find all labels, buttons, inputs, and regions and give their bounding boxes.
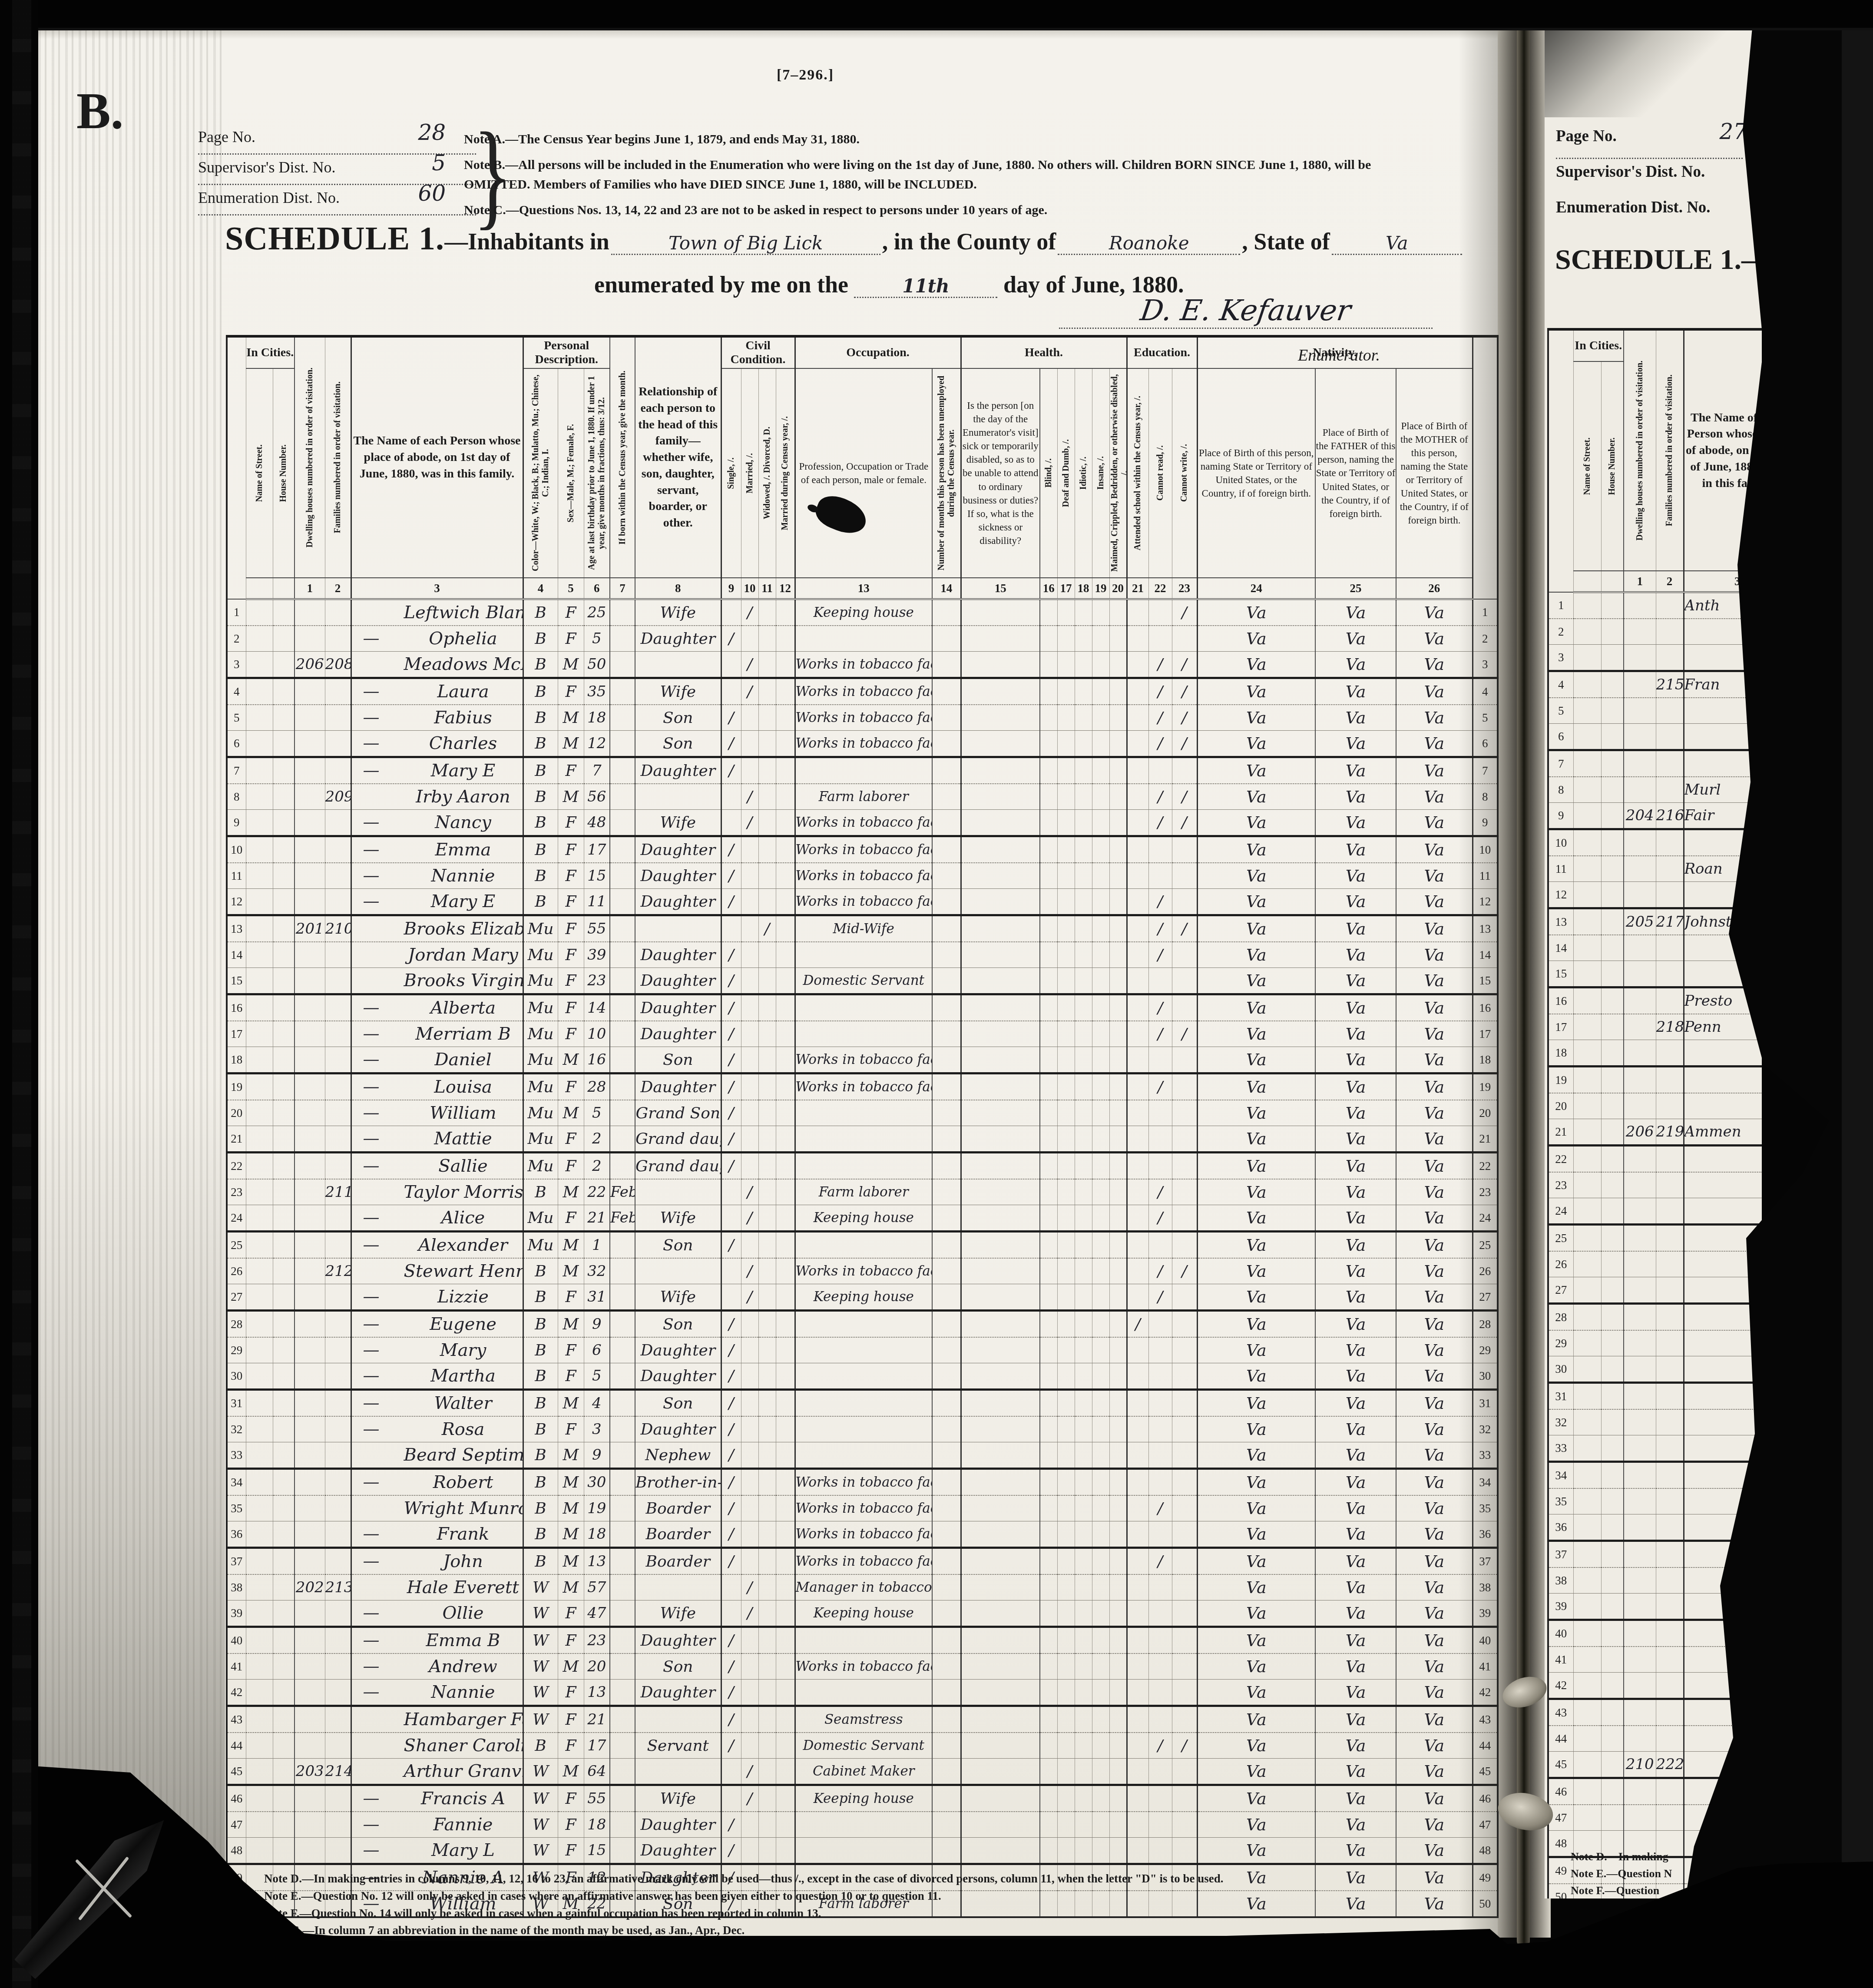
note-e: Note E.—Question No. 12 will only be ask… [264, 1889, 1376, 1904]
enum-day-value: 11th [854, 275, 997, 298]
cell-health-mark-20 [1109, 1205, 1127, 1232]
cell-street [1573, 1647, 1601, 1673]
cell-street [246, 1179, 273, 1205]
cell-married-cy-mark [776, 652, 795, 678]
ditto-dash: — [363, 1314, 380, 1333]
cell-line-number: 22 [1548, 1146, 1573, 1173]
cell-widowed-mark [758, 1733, 776, 1759]
cell-widowed-mark [758, 757, 776, 784]
cell-married-mark [741, 1416, 758, 1442]
page-no-label: Page No. [198, 128, 255, 146]
cell-family-number [1656, 1304, 1684, 1331]
page-no-row: Page No. 27 [1556, 127, 1743, 162]
state-value: Va [1332, 232, 1462, 255]
cell-school-mark [1127, 942, 1148, 968]
cell-family-number [1656, 1673, 1684, 1699]
cell-father-birthplace: Va [1315, 678, 1396, 705]
cell-cannot-write-mark [1172, 757, 1197, 784]
cell-health-mark-18 [1075, 1600, 1092, 1627]
table-row: 16Presto [1548, 987, 1762, 1014]
cell-family-number [1656, 750, 1684, 777]
cell-occupation: Works in tobacco factory [795, 1047, 932, 1074]
cell-health-mark-17 [1057, 757, 1075, 784]
cell-occupation: Works in tobacco factory [795, 652, 932, 678]
person-name: Jordan Mary [356, 945, 518, 965]
cell-married-cy-mark [776, 863, 795, 889]
cell-single-mark: / [721, 1416, 741, 1442]
cell-married-mark [741, 1680, 758, 1706]
cell-school-mark [1127, 1759, 1148, 1785]
cell-school-mark [1127, 1205, 1148, 1232]
cell-color: B [523, 1495, 558, 1521]
cell-health-mark-20 [1109, 1311, 1127, 1338]
cell-single-mark: / [721, 731, 741, 757]
cell-dwelling-number [295, 1311, 325, 1338]
cell-family-number [1656, 829, 1684, 856]
cell-married-mark [741, 1812, 758, 1838]
cell-house [273, 1284, 295, 1311]
cell-health-mark-16 [1040, 1100, 1057, 1126]
cell-dwelling-number [1624, 1435, 1656, 1462]
cell-family-number [1656, 1330, 1684, 1356]
cell-line-number: 37 [1548, 1541, 1573, 1568]
colnum: 6 [584, 578, 610, 599]
table-row: 29 [1548, 1330, 1762, 1356]
cell-relationship: Son [635, 1047, 721, 1074]
cell-sickness [961, 1363, 1040, 1390]
cell-street [246, 863, 273, 889]
cell-father-birthplace: Va [1315, 1548, 1396, 1575]
cell-father-birthplace: Va [1315, 915, 1396, 942]
col11-label: Widowed, /. Divorced, D. [762, 427, 772, 519]
table-row: 4—LauraBF35Wife/Works in tobacco factory… [227, 678, 1498, 705]
col18-label: Idiotic, /. [1079, 457, 1089, 490]
cell-street [246, 626, 273, 652]
cell-street [1573, 777, 1601, 803]
cell-dwelling-number [1624, 1699, 1656, 1726]
cell-health-mark-19 [1092, 1733, 1109, 1759]
cell-line-number: 45 [227, 1759, 246, 1785]
cell-health-mark-19 [1092, 1600, 1109, 1627]
cell-occupation: Works in tobacco factory [795, 889, 932, 915]
cell-cannot-read-mark: / [1148, 915, 1172, 942]
cell-months-unemployed [932, 1100, 961, 1126]
cell-occupation: Works in tobacco factory [795, 705, 932, 731]
cell-married-mark [741, 1232, 758, 1259]
cell-health-mark-16 [1040, 1021, 1057, 1047]
cell-dwelling-number [1624, 1567, 1656, 1594]
cell-married-cy-mark [776, 889, 795, 915]
person-name: Stewart Henry [352, 1261, 523, 1281]
col15-header: Is the person [on the day of the Enumera… [961, 368, 1040, 578]
cell-health-mark-18 [1075, 599, 1092, 626]
ditto-dash: — [363, 1551, 380, 1571]
table-row: 13201210Brooks ElizabethMuF55/Mid-Wife//… [227, 915, 1498, 942]
cell-person-name: —Eugene [351, 1311, 523, 1338]
table-row: 27 [1548, 1277, 1762, 1304]
cell-birthplace: Va [1197, 1258, 1315, 1284]
cell-widowed-mark [758, 889, 776, 915]
cell-single-mark [721, 1179, 741, 1205]
cell-cannot-read-mark [1148, 1390, 1172, 1417]
table-row: 29—MaryBF6Daughter/VaVaVa29 [227, 1337, 1498, 1363]
cell-occupation [795, 1416, 932, 1442]
cell-dwelling-number [1624, 1541, 1656, 1568]
table-row: 15 [1548, 961, 1762, 987]
cell-health-mark-20 [1109, 1047, 1127, 1074]
ditto-dash: — [363, 1050, 380, 1069]
table-row: 43Hambarger FannieWF21/SeamstressVaVaVa4… [227, 1706, 1498, 1733]
cell-months-unemployed [932, 915, 961, 942]
cell-birth-month [610, 705, 635, 731]
cell-health-mark-17 [1057, 1311, 1075, 1338]
cell-family-number [325, 1232, 351, 1259]
table-row: 39—OllieWF47Wife/Keeping houseVaVaVa39 [227, 1600, 1498, 1627]
cell-family-number [325, 705, 351, 731]
cell-health-mark-17 [1057, 1812, 1075, 1838]
cell-dwelling-number [295, 705, 325, 731]
film-left-band [0, 0, 38, 1988]
cell-line-number: 32 [227, 1416, 246, 1442]
cell-house [273, 1074, 295, 1100]
cell-family-number [325, 1126, 351, 1153]
cell-health-mark-18 [1075, 1680, 1092, 1706]
cell-dwelling-number [1624, 777, 1656, 803]
colnum: 1 [1624, 571, 1656, 592]
ditto-dash: — [363, 761, 380, 780]
cell-line-number: 23 [1548, 1172, 1573, 1198]
table-row: 14Jordan MaryMuF39Daughter//VaVaVa14 [227, 942, 1498, 968]
cell-birth-month [610, 1047, 635, 1074]
person-name: William [377, 1103, 496, 1123]
cell-person-name: —Daniel [351, 1047, 523, 1074]
cell-health-mark-18 [1075, 1047, 1092, 1074]
cell-age: 57 [584, 1574, 610, 1600]
cell-health-mark-17 [1057, 1759, 1075, 1785]
colnum: 21 [1127, 578, 1148, 599]
sup-dist-label: Supervisor's Dist. No. [1556, 163, 1705, 181]
sheet-letter: B. [76, 82, 123, 141]
cell-line-number: 36 [1548, 1514, 1573, 1541]
signature-text: D. E. Kefauver [1138, 294, 1353, 327]
cell-single-mark [721, 599, 741, 626]
cell-house [273, 1759, 295, 1785]
cell-married-cy-mark [776, 599, 795, 626]
cell-married-mark [741, 1100, 758, 1126]
cell-occupation [795, 1627, 932, 1654]
cell-family-number [325, 1680, 351, 1706]
cell-single-mark [721, 1258, 741, 1284]
cell-line-number: 28 [1548, 1304, 1573, 1331]
column-number-row: 1 2 3 4 5 6 7 8 9 10 11 12 13 14 15 16 1 [227, 578, 1498, 599]
cell-sex: M [558, 1759, 584, 1785]
cell-widowed-mark [758, 1812, 776, 1838]
cell-age: 30 [584, 1469, 610, 1496]
cell-dwelling-number [295, 1812, 325, 1838]
cell-birthplace: Va [1197, 1363, 1315, 1390]
col16-header: Blind, /. [1040, 368, 1057, 578]
cell-sex: F [558, 1812, 584, 1838]
cell-sickness [961, 784, 1040, 810]
cell-cannot-write-mark [1172, 1337, 1197, 1363]
cell-health-mark-16 [1040, 1759, 1057, 1785]
cell-age: 6 [584, 1337, 610, 1363]
cell-color: W [523, 1600, 558, 1627]
cell-sex: M [558, 1100, 584, 1126]
cell-health-mark-16 [1040, 1205, 1057, 1232]
ditto-dash: — [363, 812, 380, 832]
cell-age: 15 [584, 863, 610, 889]
cell-street [1573, 1067, 1601, 1093]
cell-widowed-mark [758, 863, 776, 889]
ditto-dash: — [363, 1129, 380, 1148]
cell-cannot-write-mark: / [1172, 678, 1197, 705]
cell-health-mark-20 [1109, 1100, 1127, 1126]
cell-married-mark: / [741, 1574, 758, 1600]
table-row: 25 [1548, 1225, 1762, 1252]
cell-sickness [961, 1179, 1040, 1205]
cell-married-cy-mark [776, 1153, 795, 1180]
cell-months-unemployed [932, 1074, 961, 1100]
cell-line-number: 44 [1548, 1726, 1573, 1752]
cell-dwelling-number [295, 626, 325, 652]
cell-line-number: 44 [227, 1733, 246, 1759]
cell-relationship [635, 1258, 721, 1284]
cell-months-unemployed [932, 705, 961, 731]
cell-married-mark: / [741, 599, 758, 626]
cell-father-birthplace: Va [1315, 942, 1396, 968]
dotted-rule [1556, 158, 1743, 159]
cell-sickness [961, 1521, 1040, 1548]
cell-sex: F [558, 915, 584, 942]
cell-family-number: 209 [325, 784, 351, 810]
cell-widowed-mark [758, 1074, 776, 1100]
cell-sickness [961, 863, 1040, 889]
cell-birth-month [610, 836, 635, 863]
cell-months-unemployed [932, 1153, 961, 1180]
cell-house [1601, 1251, 1624, 1277]
cell-father-birthplace: Va [1315, 1495, 1396, 1521]
cell-family-number [325, 1521, 351, 1548]
col1-header: Dwelling houses numbered in order of vis… [295, 336, 325, 578]
cell-health-mark-16 [1040, 1311, 1057, 1338]
cell-house [273, 1021, 295, 1047]
cell-relationship [635, 1179, 721, 1205]
cell-age: 5 [584, 626, 610, 652]
cell-health-mark-20 [1109, 1495, 1127, 1521]
cell-cannot-read-mark: / [1148, 652, 1172, 678]
cell-relationship: Wife [635, 1205, 721, 1232]
table-row: 3 [1548, 645, 1762, 671]
cell-widowed-mark [758, 1548, 776, 1575]
cell-street [1573, 1541, 1601, 1568]
person-name: Louisa [382, 1077, 492, 1097]
cell-family-number [1656, 1594, 1684, 1620]
cell-sickness [961, 836, 1040, 863]
cell-health-mark-16 [1040, 757, 1057, 784]
cell-line-number: 47 [227, 1812, 246, 1838]
cell-line-number: 24 [227, 1205, 246, 1232]
cell-family-number: 211 [325, 1179, 351, 1205]
cell-health-mark-16 [1040, 810, 1057, 836]
cell-line-number: 12 [1548, 882, 1573, 908]
cell-dwelling-number [1624, 1172, 1656, 1198]
cell-cannot-read-mark: / [1148, 705, 1172, 731]
cell-health-mark-20 [1109, 1021, 1127, 1047]
cell-street [1573, 1673, 1601, 1699]
cell-months-unemployed [932, 1442, 961, 1469]
table-row: 37—JohnBM13Boarder/Works in tobacco fact… [227, 1548, 1498, 1575]
cell-widowed-mark [758, 1337, 776, 1363]
cell-dwelling-number [295, 1442, 325, 1469]
cell-health-mark-16 [1040, 1785, 1057, 1812]
col21-header: Attended school within the Census year, … [1127, 368, 1148, 578]
cell-widowed-mark [758, 599, 776, 626]
cell-cannot-read-mark [1148, 1311, 1172, 1338]
cell-married-cy-mark [776, 1074, 795, 1100]
cell-cannot-write-mark: / [1172, 1021, 1197, 1047]
cell-house [273, 1179, 295, 1205]
cell-family-number: 208 [325, 652, 351, 678]
col12-header: Married during Census year, /. [776, 368, 795, 578]
cell-family-number [1656, 882, 1684, 908]
cell-cannot-read-mark [1148, 626, 1172, 652]
cell-person-name: —Emma [351, 836, 523, 863]
cell-single-mark: / [721, 626, 741, 652]
cell-school-mark [1127, 1390, 1148, 1417]
cell-family-number [1656, 645, 1684, 671]
cell-family-number [325, 1205, 351, 1232]
cell-health-mark-17 [1057, 1495, 1075, 1521]
cell-relationship [635, 1706, 721, 1733]
cell-age: 55 [584, 915, 610, 942]
cell-health-mark-20 [1109, 1074, 1127, 1100]
cell-street [1573, 1251, 1601, 1277]
cell-cannot-write-mark: / [1172, 810, 1197, 836]
cell-color: Mu [523, 942, 558, 968]
cell-cannot-write-mark [1172, 863, 1197, 889]
cell-color: B [523, 757, 558, 784]
dotted-rule [198, 214, 476, 215]
table-row: 24—AliceMuF21FebWife/Keeping house/VaVaV… [227, 1205, 1498, 1232]
cell-health-mark-19 [1092, 1205, 1109, 1232]
cell-sex: F [558, 1680, 584, 1706]
cell-father-birthplace: Va [1315, 1205, 1396, 1232]
cell-house [273, 705, 295, 731]
cell-house [273, 810, 295, 836]
cell-line-number: 11 [1548, 856, 1573, 882]
cell-line-number: 8 [1548, 777, 1573, 803]
cell-school-mark [1127, 757, 1148, 784]
cell-health-mark-17 [1057, 731, 1075, 757]
colnum: 20 [1109, 578, 1127, 599]
cell-birthplace: Va [1197, 1284, 1315, 1311]
sup-dist-row: Supervisor's Dist. No. [1556, 162, 1743, 198]
cell-health-mark-19 [1092, 599, 1109, 626]
cell-color: B [523, 1337, 558, 1363]
cell-cannot-write-mark: / [1172, 784, 1197, 810]
ditto-dash: — [363, 1156, 380, 1175]
cell-health-mark-18 [1075, 810, 1092, 836]
cell-street [246, 1047, 273, 1074]
group-header-row: In Cities. Dwelling houses numbered in o… [1548, 329, 1762, 361]
cell-cannot-read-mark [1148, 1153, 1172, 1180]
cell-health-mark-16 [1040, 1126, 1057, 1153]
cell-dwelling-number [295, 1074, 325, 1100]
cell-relationship: Grand daughter [635, 1126, 721, 1153]
cell-married-mark [741, 994, 758, 1021]
cell-line-number: 3 [1548, 645, 1573, 671]
cell-street [246, 942, 273, 968]
cell-married-mark: / [741, 1785, 758, 1812]
cell-family-number [1656, 1067, 1684, 1093]
cell-sickness [961, 705, 1040, 731]
col12-label: Married during Census year, /. [780, 416, 790, 530]
cell-cannot-read-mark: / [1148, 1179, 1172, 1205]
cell-single-mark [721, 1600, 741, 1627]
ditto-dash: — [363, 1815, 380, 1834]
cell-school-mark [1127, 1021, 1148, 1047]
cell-school-mark [1127, 1100, 1148, 1126]
cell-widowed-mark [758, 678, 776, 705]
cell-occupation: Keeping house [795, 1600, 932, 1627]
cell-family-number [1656, 1541, 1684, 1568]
cell-color: B [523, 1284, 558, 1311]
cell-married-mark [741, 1337, 758, 1363]
cell-sickness [961, 810, 1040, 836]
cell-months-unemployed [932, 1205, 961, 1232]
cell-widowed-mark [758, 1284, 776, 1311]
cell-occupation: Mid-Wife [795, 915, 932, 942]
cell-line-number: 38 [1548, 1567, 1573, 1594]
cell-sickness [961, 915, 1040, 942]
cell-occupation: Works in tobacco factory [795, 1074, 932, 1100]
cell-occupation [795, 1311, 932, 1338]
cell-line-number: 43 [1548, 1699, 1573, 1726]
cell-single-mark [721, 678, 741, 705]
cell-health-mark-19 [1092, 863, 1109, 889]
cell-health-mark-17 [1057, 1390, 1075, 1417]
ditto-dash: — [363, 1235, 380, 1254]
cell-health-mark-19 [1092, 705, 1109, 731]
cell-house [1601, 619, 1624, 645]
col16-label: Blind, /. [1044, 458, 1054, 487]
cell-dwelling-number [1624, 1383, 1656, 1410]
cell-sex: F [558, 1706, 584, 1733]
cell-relationship [635, 915, 721, 942]
col2-label: Families numbered in order of visitation… [333, 381, 343, 533]
cell-family-number: 216 [1656, 803, 1684, 829]
cell-street [1573, 1567, 1601, 1594]
cell-dwelling-number [295, 1047, 325, 1074]
cell-person-name-fragment [1684, 1093, 1762, 1119]
cell-birth-month [610, 1153, 635, 1180]
cell-health-mark-17 [1057, 1653, 1075, 1680]
person-name: Daniel [383, 1050, 492, 1070]
person-name: Leftwich Blanch [352, 603, 523, 623]
cell-line-number: 7 [1548, 750, 1573, 777]
cell-street [1573, 1304, 1601, 1331]
cell-single-mark: / [721, 968, 741, 994]
cell-house [273, 1047, 295, 1074]
cell-health-mark-18 [1075, 1653, 1092, 1680]
cell-house [1601, 961, 1624, 987]
cell-sex: F [558, 1838, 584, 1864]
cell-health-mark-20 [1109, 731, 1127, 757]
cell-dwelling-number [1624, 882, 1656, 908]
cell-relationship: Son [635, 1232, 721, 1259]
table-row: 11—NannieBF15Daughter/Works in tobacco f… [227, 863, 1498, 889]
